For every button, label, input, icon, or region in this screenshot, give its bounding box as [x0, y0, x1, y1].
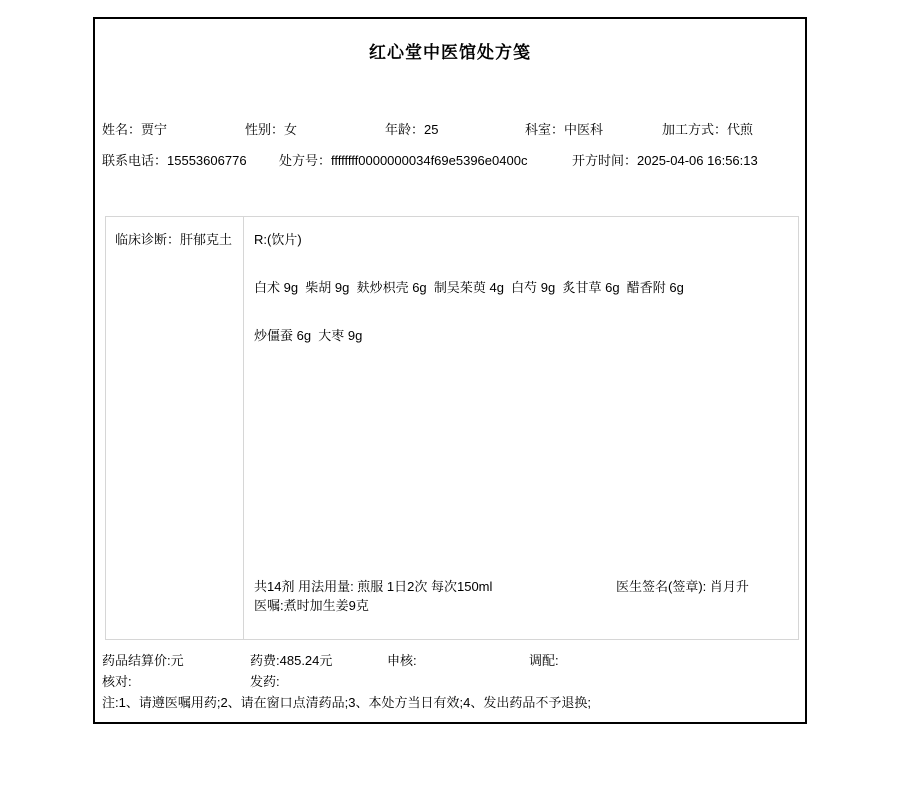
processing-method-value: 代煎	[727, 122, 753, 137]
medicine-line: 炒僵蚕 6g 大枣 9g	[254, 325, 362, 344]
prescription-box: 临床诊断：肝郁克土 R:(饮片) 白术 9g 柴胡 9g 麸炒枳壳 6g 制吴茱…	[105, 216, 799, 640]
patient-gender-field: 性别：女	[245, 119, 297, 138]
prescription-number-label: 处方号：	[279, 153, 331, 168]
diagnosis-value: 肝郁克土	[180, 232, 232, 247]
medicine-line: 白术 9g 柴胡 9g 麸炒枳壳 6g 制吴茱萸 4g 白芍 9g 炙甘草 6g…	[254, 277, 684, 296]
medicine-column: R:(饮片) 白术 9g 柴胡 9g 麸炒枳壳 6g 制吴茱萸 4g 白芍 9g…	[244, 217, 798, 639]
page-title: 红心堂中医馆处方笺	[95, 38, 805, 63]
give-medicine-field: 发药:	[250, 671, 280, 690]
department-value: 中医科	[564, 122, 603, 137]
patient-age-field: 年龄：25	[385, 119, 438, 138]
doctor-signature-field: 医生签名(签章): 肖月升	[616, 576, 749, 595]
settle-price-value: 元	[171, 653, 184, 668]
phone-value: 15553606776	[167, 153, 247, 168]
dosage-line: 共14剂 用法用量: 煎服 1日2次 每次150ml	[254, 576, 492, 595]
doctor-signature-value: 肖月升	[710, 579, 749, 594]
patient-gender-label: 性别：	[245, 122, 284, 137]
issue-time-field: 开方时间：2025-04-06 16:56:13	[572, 150, 758, 169]
patient-name-field: 姓名：贾宁	[102, 119, 167, 138]
prescription-page: 红心堂中医馆处方笺 姓名：贾宁 性别：女 年龄：25 科室：中医科 加工方式：代…	[93, 17, 807, 724]
settle-price-field: 药品结算价:元	[102, 650, 184, 669]
prescription-number-value: ffffffff0000000034f69e5396e0400c	[331, 153, 527, 168]
prescription-screenshot: { "title": "红心堂中医馆处方笺", "patient": { "na…	[0, 0, 900, 800]
diagnosis-column: 临床诊断：肝郁克土	[106, 217, 244, 639]
diagnosis-field: 临床诊断：肝郁克土	[115, 229, 239, 248]
phone-field: 联系电话：15553606776	[102, 150, 247, 169]
department-label: 科室：	[525, 122, 564, 137]
department-field: 科室：中医科	[525, 119, 603, 138]
review-field: 申核:	[387, 650, 417, 669]
settle-price-label: 药品结算价:	[102, 653, 171, 668]
processing-method-field: 加工方式：代煎	[662, 119, 753, 138]
fee-label: 药费:	[250, 653, 280, 668]
prescription-number-field: 处方号：ffffffff0000000034f69e5396e0400c	[279, 150, 527, 169]
issue-time-label: 开方时间：	[572, 153, 637, 168]
processing-method-label: 加工方式：	[662, 122, 727, 137]
patient-age-label: 年龄：	[385, 122, 424, 137]
phone-label: 联系电话：	[102, 153, 167, 168]
issue-time-value: 2025-04-06 16:56:13	[637, 153, 758, 168]
diagnosis-label: 临床诊断：	[115, 232, 180, 247]
patient-name-value: 贾宁	[141, 122, 167, 137]
patient-name-label: 姓名：	[102, 122, 141, 137]
doctor-advice: 医嘱:煮时加生姜9克	[254, 595, 369, 614]
rx-header: R:(饮片)	[254, 229, 302, 248]
doctor-signature-label: 医生签名(签章):	[616, 579, 710, 594]
fee-field: 药费:485.24元	[250, 650, 332, 669]
footer-note: 注:1、请遵医嘱用药;2、请在窗口点清药品;3、本处方当日有效;4、发出药品不予…	[102, 692, 591, 711]
patient-age-value: 25	[424, 122, 438, 137]
dispense-field: 调配:	[529, 650, 559, 669]
fee-value: 485.24元	[280, 653, 333, 668]
patient-gender-value: 女	[284, 122, 297, 137]
check-field: 核对:	[102, 671, 132, 690]
